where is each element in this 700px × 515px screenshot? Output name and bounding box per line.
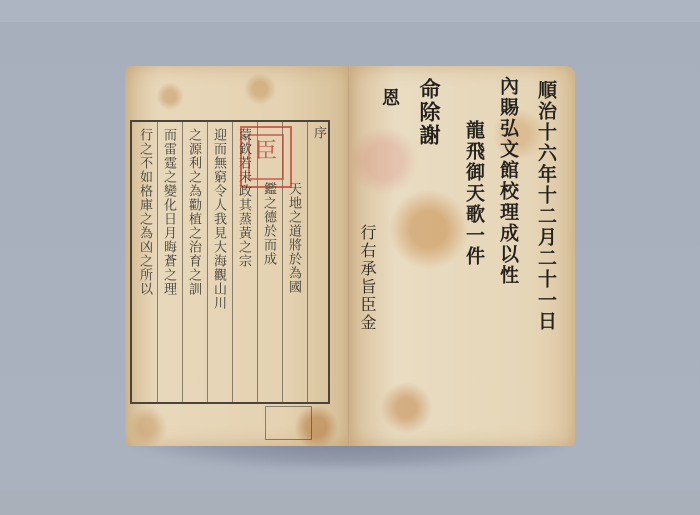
handwritten-grant-column: 內賜弘文館校理成以性 <box>497 76 519 286</box>
handwritten-command-column: 命除謝 <box>416 78 442 147</box>
title-column: 序 <box>310 126 326 140</box>
column-rule <box>232 122 233 402</box>
text-column: 而雷霆之變化日月晦蒼之理 <box>160 128 176 296</box>
official-signature-column: 行右承旨臣金 <box>356 224 379 332</box>
text-column: 鑑之德於而成 <box>260 182 276 266</box>
column-rule <box>182 122 183 402</box>
text-column: 蒙欽若未政其蒸黃之宗 <box>235 128 251 268</box>
handwritten-book-title-column: 龍飛御天歌一件 <box>462 120 486 267</box>
handwritten-date-column: 順治十六年十二月二十一日 <box>535 80 557 332</box>
printed-margin-box <box>265 406 312 440</box>
background-bottom-band <box>0 490 700 515</box>
column-rule <box>157 122 158 402</box>
left-page: 臣 序 天地之道將於為國 鑑之德於而成 蒙欽若未政其蒸黃之宗 迎而無窮令人我見大… <box>125 66 350 446</box>
printed-text-frame: 臣 序 天地之道將於為國 鑑之德於而成 蒙欽若未政其蒸黃之宗 迎而無窮令人我見大… <box>130 120 330 404</box>
right-page: 順治十六年十二月二十一日 內賜弘文館校理成以性 龍飛御天歌一件 命除謝 恩 行右… <box>350 66 575 446</box>
open-book: 臣 序 天地之道將於為國 鑑之德於而成 蒙欽若未政其蒸黃之宗 迎而無窮令人我見大… <box>125 66 575 446</box>
background-top-band <box>0 0 700 22</box>
column-rule <box>307 122 308 402</box>
text-column: 行之不如格庫之為凶之所以 <box>136 128 152 296</box>
handwritten-grace-column: 恩 <box>378 88 400 108</box>
text-column: 天地之道將於為國 <box>285 182 301 294</box>
column-rule <box>207 122 208 402</box>
text-column: 迎而無窮令人我見大海觀山川 <box>210 128 226 310</box>
text-column: 之源利之為勸植之治育之訓 <box>185 128 201 296</box>
